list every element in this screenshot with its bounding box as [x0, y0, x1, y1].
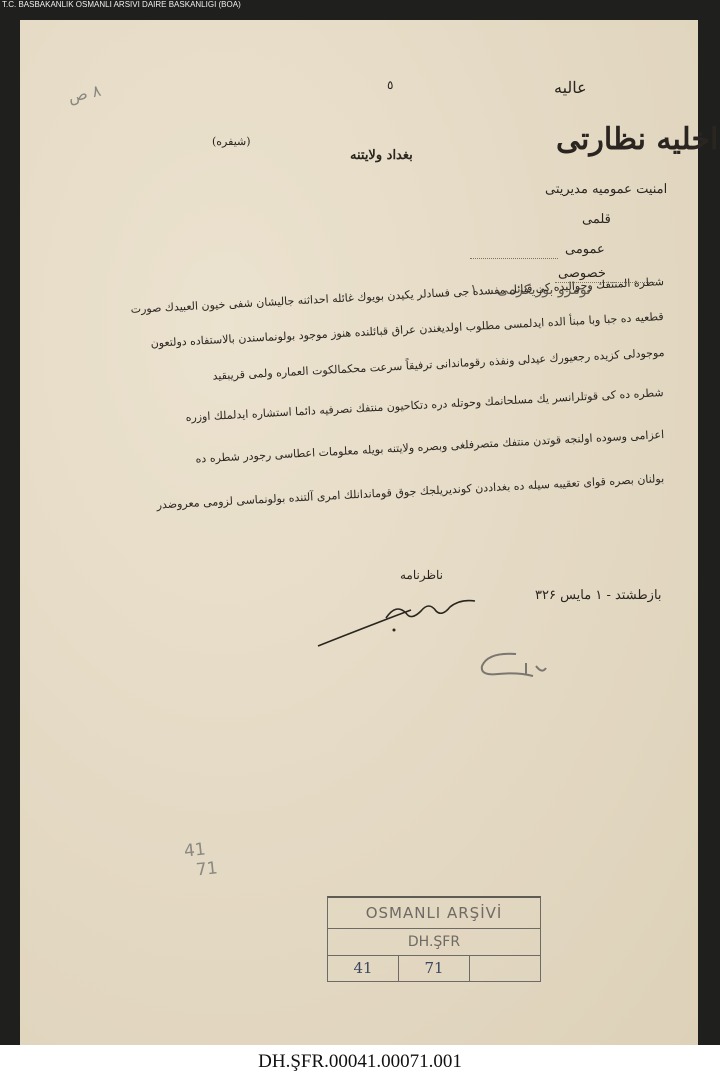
stamp-box-number: 41 — [328, 956, 399, 981]
cipher-label: (شیفره) — [212, 135, 251, 148]
bureau-label: قلمی — [582, 212, 611, 227]
stamp-numbers: 41 71 — [328, 956, 540, 981]
general-label: عمومی — [565, 242, 605, 257]
page-number: ٥ — [387, 78, 393, 92]
pencil-reference: 41 71 — [183, 838, 219, 881]
body-line-2: قطعیه ده جبا وبا مبنأ الده ایدلمسی مطلوب… — [151, 308, 665, 353]
archive-stamp: OSMANLI ARŞİVİ DH.ŞFR 41 71 — [327, 896, 541, 982]
document-date: بازطشتد - ۱ مایس ۳۲۶ — [535, 588, 662, 603]
margin-note-icon — [478, 648, 553, 688]
general-field-line — [470, 258, 558, 259]
body-line-3: موجودلی كزیده رجعیورك عیدلی ونفذه رقومان… — [212, 344, 665, 386]
stamp-file-number: 71 — [399, 956, 470, 981]
signature-icon — [316, 588, 481, 648]
crest-emblem: عاليه — [554, 78, 587, 97]
body-line-5: اعزامی وسوده اولنجه قوتدن منتفك متصرفلغی… — [195, 426, 664, 469]
stamp-fond: DH.ŞFR — [328, 929, 540, 956]
ministry-title: داخلیه نظارتی — [556, 122, 720, 157]
addressee: بغداد ولایتنه — [350, 148, 413, 163]
stamp-title: OSMANLI ARŞİVİ — [328, 898, 540, 929]
body-line-6: بولنان بصره قوای تعقیبه سیله ده بغداددن … — [156, 470, 664, 515]
department-name: امنیت عمومیه مدیریتی — [545, 182, 667, 197]
body-line-4: شطره ده كی قوتلرانسر یك مسلحانمك وحوتله … — [186, 384, 665, 427]
stamp-extra-cell — [470, 956, 540, 981]
archive-header: T.C. BASBAKANLIK OSMANLI ARSIVI DAIRE BA… — [2, 0, 241, 10]
pencil-mark: ٨ ص — [66, 81, 102, 106]
pencil-ref-denominator: 71 — [185, 858, 219, 881]
document-id: DH.ŞFR.00041.00071.001 — [0, 1045, 720, 1080]
document-page: عاليه داخلیه نظارتی امنیت عمومیه مدیریتی… — [20, 20, 698, 1045]
minister-title: ناظرنامه — [400, 568, 443, 582]
